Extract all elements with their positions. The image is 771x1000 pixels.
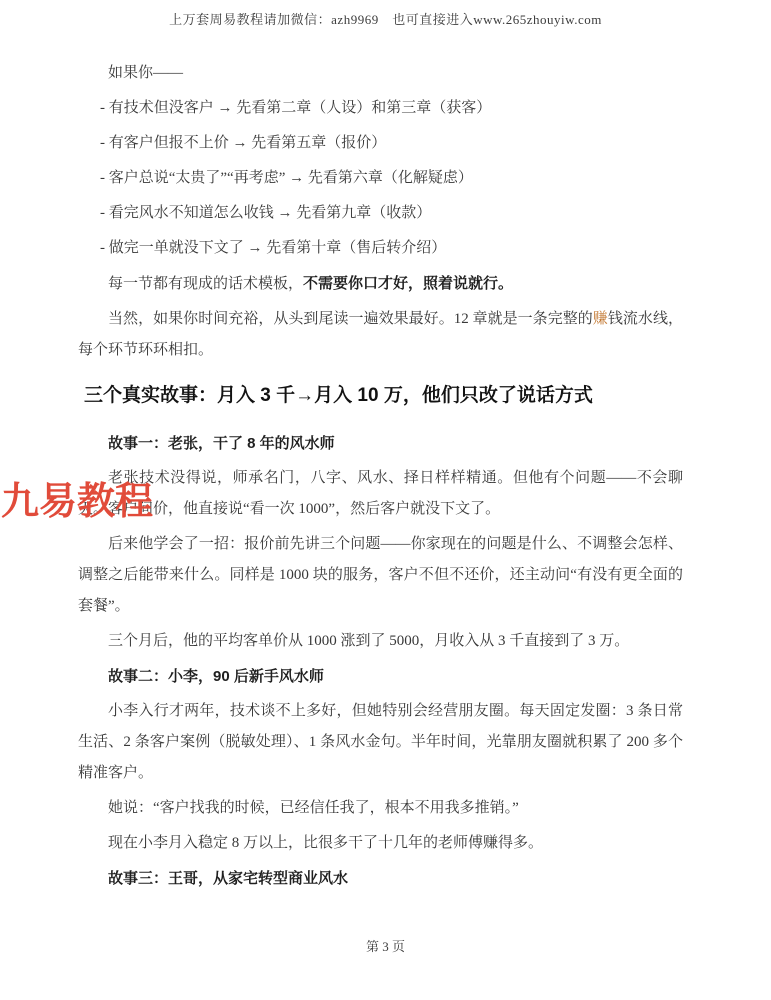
- intro-line: 如果你——: [78, 58, 683, 89]
- story-1-paragraph: 三个月后，他的平均客单价从 1000 涨到了 5000，月收入从 3 千直接到了…: [78, 626, 683, 657]
- paragraph-full-read: 当然，如果你时间充裕，从头到尾读一遍效果最好。12 章就是一条完整的赚钱流水线，…: [78, 304, 683, 366]
- bullet-item-cant-price: - 有客户但报不上价 → 先看第五章（报价）: [78, 128, 683, 159]
- bullet-item-tech-no-clients: - 有技术但没客户 → 先看第二章（人设）和第三章（获客）: [78, 93, 683, 124]
- highlighted-char: 赚: [593, 311, 608, 327]
- story-title-3: 故事三：王哥，从家宅转型商业风水: [78, 863, 683, 894]
- paragraph-template-normal: 每一节都有现成的话术模板，: [108, 276, 303, 292]
- story-1-paragraph: 老张技术没得说，师承名门，八字、风水、择日样样精通。但他有个问题——不会聊天。客…: [78, 463, 683, 525]
- page-number: 第 3 页: [0, 936, 771, 955]
- document-page: 上万套周易教程请加微信：azh9969 也可直接进入www.265zhouyiw…: [0, 0, 771, 1000]
- story-1-paragraph: 后来他学会了一招：报价前先讲三个问题——你家现在的问题是什么、不调整会怎样、调整…: [78, 529, 683, 622]
- bullet-item-too-expensive: - 客户总说“太贵了”“再考虑” → 先看第六章（化解疑虑）: [78, 163, 683, 194]
- header-promo-text: 上万套周易教程请加微信：azh9969 也可直接进入www.265zhouyiw…: [0, 0, 771, 28]
- paragraph-template: 每一节都有现成的话术模板，不需要你口才好，照着说就行。: [78, 268, 683, 300]
- story-2-paragraph: 现在小李月入稳定 8 万以上，比很多干了十几年的老师傅赚得多。: [78, 828, 683, 859]
- watermark: 九易教程: [1, 483, 153, 521]
- bullet-item-no-followup: - 做完一单就没下文了 → 先看第十章（售后转介绍）: [78, 233, 683, 264]
- story-2-paragraph: 小李入行才两年，技术谈不上多好，但她特别会经营朋友圈。每天固定发圈：3 条日常生…: [78, 696, 683, 789]
- document-content: 如果你—— - 有技术但没客户 → 先看第二章（人设）和第三章（获客） - 有客…: [0, 28, 771, 894]
- bullet-item-how-to-charge: - 看完风水不知道怎么收钱 → 先看第九章（收款）: [78, 198, 683, 229]
- section-heading-three-stories: 三个真实故事：月入 3 千→月入 10 万，他们只改了说话方式: [84, 382, 683, 410]
- story-title-2: 故事二：小李，90 后新手风水师: [78, 661, 683, 692]
- story-2-paragraph: 她说：“客户找我的时候，已经信任我了，根本不用我多推销。”: [78, 793, 683, 824]
- story-title-1: 故事一：老张，干了 8 年的风水师: [78, 428, 683, 459]
- paragraph-template-bold: 不需要你口才好，照着说就行。: [303, 275, 513, 292]
- paragraph-full-read-a: 当然，如果你时间充裕，从头到尾读一遍效果最好。12 章就是一条完整的: [108, 311, 593, 327]
